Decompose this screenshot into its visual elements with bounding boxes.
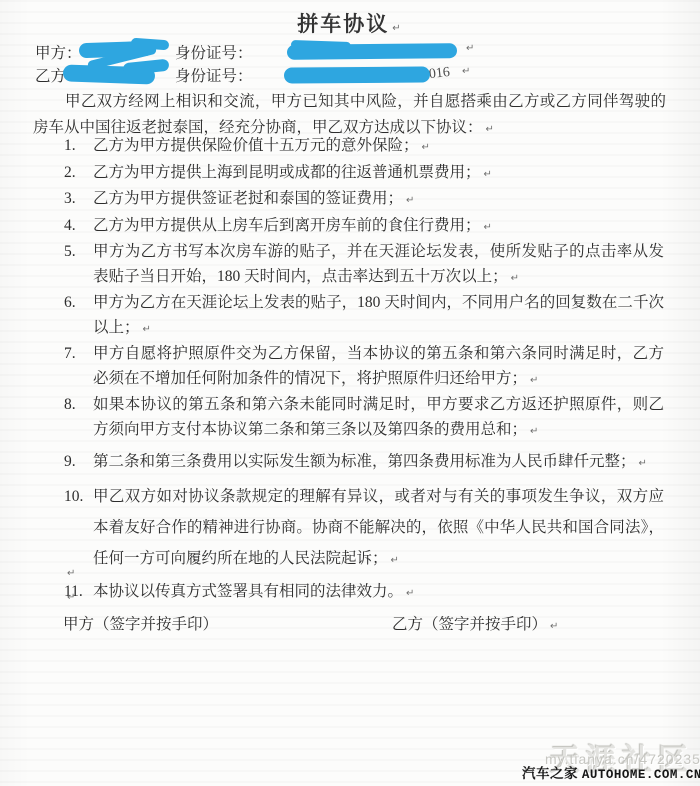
document-title: 拼车协议↵ xyxy=(0,8,700,38)
party-b-signature-line: 乙方（签字并按手印）↵ xyxy=(392,612,558,634)
paragraph-mark-icon: ↵ xyxy=(639,458,647,469)
paragraph-mark-icon: ↵ xyxy=(530,426,538,437)
party-b-id-label: 身份证号： xyxy=(175,64,253,86)
clause-item-8: 8. 如果本协议的第五条和第六条未能同时满足时，甲方要求乙方返还护照原件，则乙方… xyxy=(0,393,700,444)
clause-item-4: 4. 乙方为甲方提供从上房车后到离开房车前的食住行费用；↵ xyxy=(0,214,700,241)
paragraph-mark-icon: ↵ xyxy=(462,66,470,77)
autohome-en-label: AUTOHOME.COM.CN xyxy=(582,768,700,782)
party-b-id-visible-digits: 016 xyxy=(428,65,451,83)
paragraph-mark-icon: ↵ xyxy=(422,142,430,153)
paragraph-mark-icon: ↵ xyxy=(511,273,519,284)
clause-number: 2. xyxy=(64,161,93,188)
clause-number: 10. xyxy=(64,481,93,576)
party-a-signature-line: 甲方（签字并按手印） xyxy=(63,612,218,634)
clause-text: 如果本协议的第五条和第六条未能同时满足时，甲方要求乙方返还护照原件，则乙方须向甲… xyxy=(93,393,664,444)
paragraph-mark-icon: ↵ xyxy=(530,375,538,386)
paragraph-mark-icon: ↵ xyxy=(143,324,151,335)
clause-number: 4. xyxy=(64,214,93,241)
redaction-party-b-id xyxy=(284,66,430,83)
clause-item-7: 7. 甲方自愿将护照原件交为乙方保留，当本协议的第五条和第六条同时满足时，乙方必… xyxy=(0,342,700,393)
clause-item-11: 11. 本协议以传真方式签署具有相同的法律效力。↵ xyxy=(0,578,700,608)
clause-text: 甲方自愿将护照原件交为乙方保留，当本协议的第五条和第六条同时满足时，乙方必须在不… xyxy=(93,342,664,393)
clause-text: 乙方为甲方提供签证老挝和泰国的签证费用；↵ xyxy=(93,187,664,214)
clause-number: 3. xyxy=(64,187,93,214)
paragraph-mark-icon: ↵ xyxy=(391,555,399,566)
clause-text: 乙方为甲方提供保险价值十五万元的意外保险；↵ xyxy=(93,134,664,161)
paragraph-mark-icon: ↵ xyxy=(67,592,75,603)
paragraph-mark-icon: ↵ xyxy=(550,621,558,632)
party-a-id-label: 身份证号： xyxy=(175,41,253,63)
clause-item-9: 9. 第二条和第三条费用以实际发生额为标准，第四条费用标准为人民币肆仟元整；↵ xyxy=(0,447,700,479)
parties-block: 甲方：身份证号： 乙方：身份证号： 016 ↵ ↵ xyxy=(35,41,670,91)
autohome-cn-label: 汽车之家 xyxy=(522,766,578,781)
clause-number: 7. xyxy=(64,342,93,393)
clause-number: 1. xyxy=(64,134,93,161)
clause-item-10: 10. 甲乙双方如对协议条款规定的理解有异议，或者对与有关的事项发生争议，双方应… xyxy=(0,481,700,576)
paragraph-mark-icon: ↵ xyxy=(406,195,414,206)
document-title-text: 拼车协议 xyxy=(297,12,389,36)
paragraph-mark-icon: ↵ xyxy=(466,43,474,54)
clause-text: 甲乙双方如对协议条款规定的理解有异议，或者对与有关的事项发生争议，双方应本着友好… xyxy=(93,481,664,576)
paragraph-mark-icon: ↵ xyxy=(484,222,492,233)
paragraph-mark-icon: ↵ xyxy=(484,169,492,180)
clause-number: 6. xyxy=(64,291,93,342)
clause-number: 9. xyxy=(64,447,93,479)
paragraph-mark-icon: ↵ xyxy=(406,588,414,599)
paragraph-mark-icon: ↵ xyxy=(392,23,402,34)
clause-text: 甲方为乙方在天涯论坛上发表的贴子，180 天时间内，不同用户名的回复数在二千次以… xyxy=(93,291,664,342)
paragraph-mark-icon: ↵ xyxy=(67,568,75,579)
clause-item-1: 1. 乙方为甲方提供保险价值十五万元的意外保险；↵ xyxy=(0,134,700,161)
clause-text: 乙方为甲方提供从上房车后到离开房车前的食住行费用；↵ xyxy=(93,214,664,241)
clause-text: 本协议以传真方式签署具有相同的法律效力。↵ xyxy=(93,578,664,608)
clause-number: 8. xyxy=(64,393,93,444)
clause-text: 第二条和第三条费用以实际发生额为标准，第四条费用标准为人民币肆仟元整；↵ xyxy=(93,447,664,479)
clause-item-2: 2. 乙方为甲方提供上海到昆明或成都的往返普通机票费用；↵ xyxy=(0,161,700,188)
clause-list: 1. 乙方为甲方提供保险价值十五万元的意外保险；↵ 2. 乙方为甲方提供上海到昆… xyxy=(0,134,700,608)
clause-item-5: 5. 甲方为乙方书写本次房车游的贴子，并在天涯论坛发表，使所发贴子的点击率从发表… xyxy=(0,240,700,291)
clause-item-6: 6. 甲方为乙方在天涯论坛上发表的贴子，180 天时间内，不同用户名的回复数在二… xyxy=(0,291,700,342)
clause-text: 甲方为乙方书写本次房车游的贴子，并在天涯论坛发表，使所发贴子的点击率从发表贴子当… xyxy=(93,240,664,291)
signature-row: 甲方（签字并按手印） 乙方（签字并按手印）↵ xyxy=(0,612,700,636)
clause-number: 5. xyxy=(64,240,93,291)
clause-item-3: 3. 乙方为甲方提供签证老挝和泰国的签证费用；↵ xyxy=(0,187,700,214)
clause-text: 乙方为甲方提供上海到昆明或成都的往返普通机票费用；↵ xyxy=(93,161,664,188)
intro-text: 甲乙双方经网上相识和交流，甲方已知其中风险，并自愿搭乘由乙方或乙方同伴驾驶的房车… xyxy=(33,93,666,136)
agreement-document: 拼车协议↵ 甲方：身份证号： 乙方：身份证号： 016 ↵ ↵ 甲乙双方经网上相… xyxy=(0,0,700,786)
autohome-watermark: 汽车之家 AUTOHOME.COM.CN xyxy=(522,762,700,782)
